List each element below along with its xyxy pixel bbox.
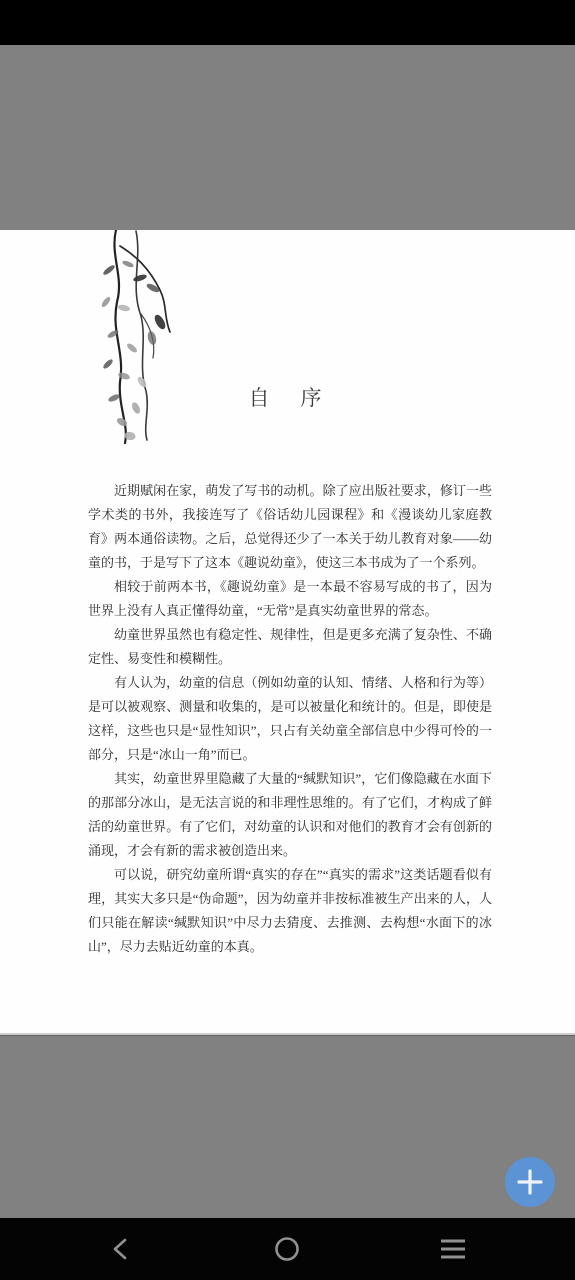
nav-menu-button[interactable] <box>435 1233 471 1265</box>
home-circle-icon <box>273 1235 301 1263</box>
paragraph: 有人认为，幼童的信息（例如幼童的认知、情绪、人格和行为等）是可以被观察、测量和收… <box>88 671 492 767</box>
back-chevron-icon <box>108 1236 134 1262</box>
add-floating-action-button[interactable] <box>505 1157 555 1207</box>
ink-willow-branch-illustration <box>80 230 175 445</box>
paragraph: 幼童世界虽然也有稳定性、规律性，但是更多充满了复杂性、不确定性、易变性和模糊性。 <box>88 623 492 671</box>
book-page[interactable]: 自 序 近期赋闲在家，萌发了写书的动机。除了应出版社要求，修订一些学术类的书外，… <box>0 230 575 1035</box>
menu-lines-icon <box>439 1237 467 1261</box>
reader-screen: 自 序 近期赋闲在家，萌发了写书的动机。除了应出版社要求，修订一些学术类的书外，… <box>0 0 575 1280</box>
nav-back-button[interactable] <box>104 1232 138 1266</box>
preface-text: 近期赋闲在家，萌发了写书的动机。除了应出版社要求，修订一些学术类的书外，我接连写… <box>88 479 492 959</box>
nav-home-button[interactable] <box>269 1231 305 1267</box>
plus-icon <box>517 1169 543 1195</box>
paragraph: 可以说，研究幼童所谓“真实的存在”“真实的需求”这类话题看似有理，其实大多只是“… <box>88 863 492 959</box>
page-title: 自 序 <box>0 382 575 412</box>
paragraph: 相较于前两本书，《趣说幼童》是一本最不容易写成的书了，因为世界上没有人真正懂得幼… <box>88 575 492 623</box>
paragraph: 其实，幼童世界里隐藏了大量的“缄默知识”，它们像隐藏在水面下的那部分冰山，是无法… <box>88 767 492 863</box>
status-bar <box>0 0 575 45</box>
android-navigation-bar <box>0 1218 575 1280</box>
paragraph: 近期赋闲在家，萌发了写书的动机。除了应出版社要求，修订一些学术类的书外，我接连写… <box>88 479 492 575</box>
